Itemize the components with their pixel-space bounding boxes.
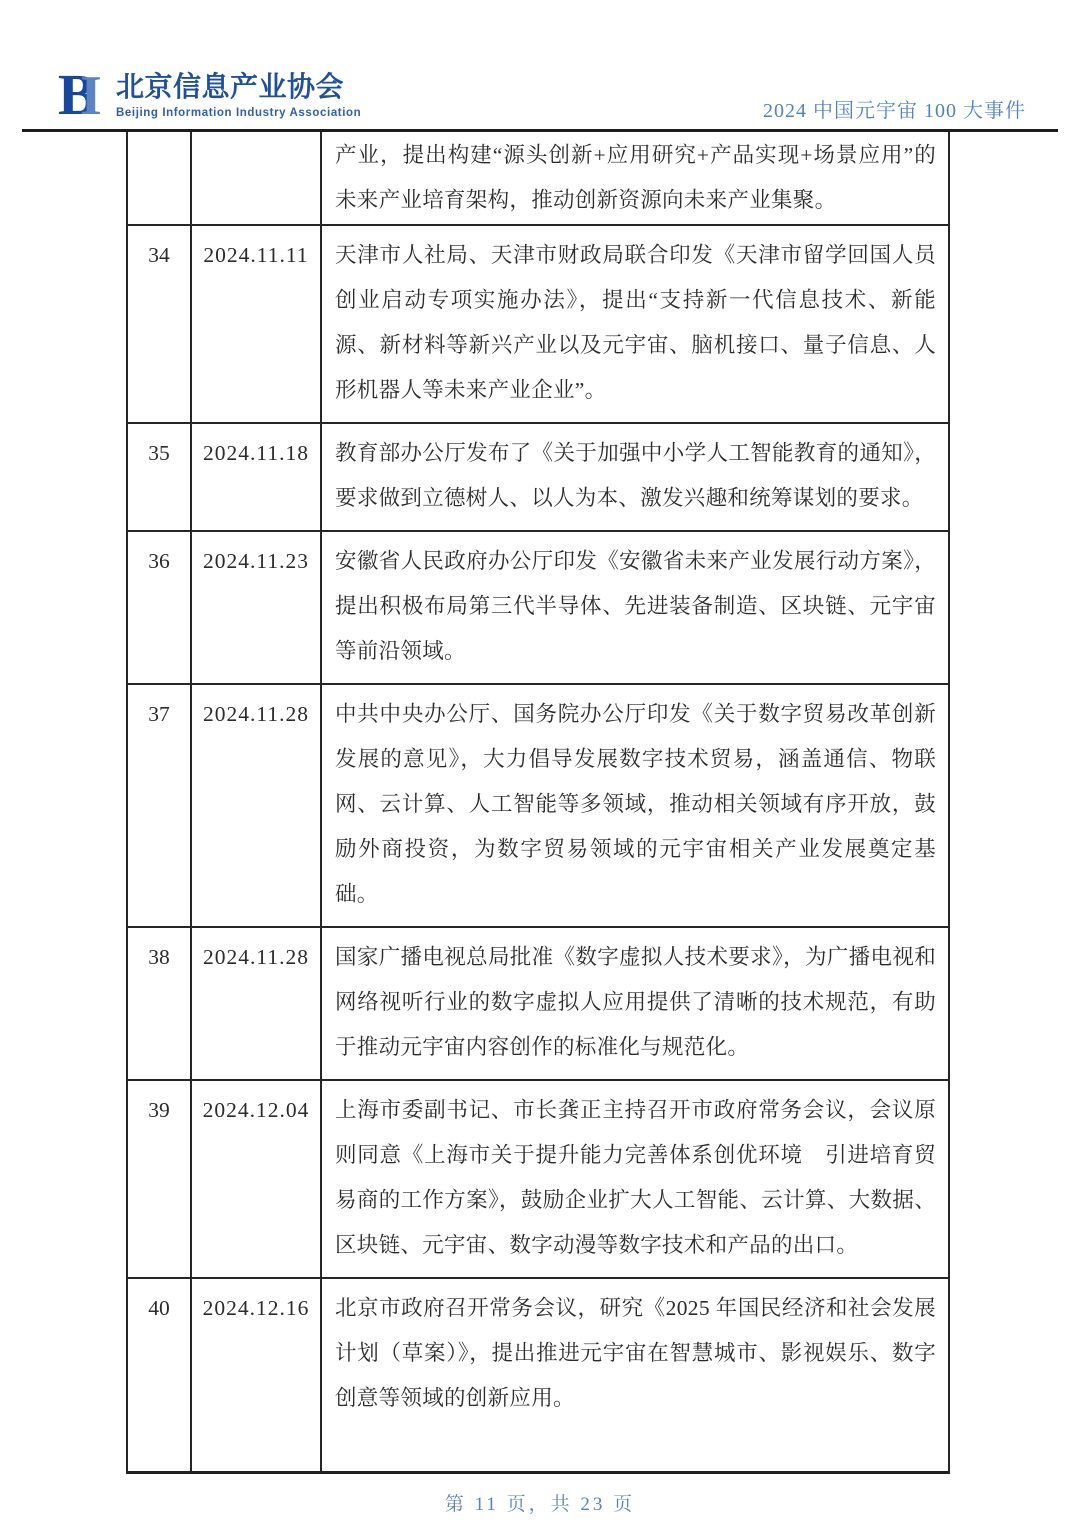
event-date: 2024.11.28 [192,685,322,926]
table-row: 34 2024.11.11 天津市人社局、天津市财政局联合印发《天津市留学回国人… [128,226,948,424]
table-row: 37 2024.11.28 中共中央办公厅、国务院办公厅印发《关于数字贸易改革创… [128,685,948,928]
event-date: 2024.11.28 [192,928,322,1079]
org-name-zh: 北京信息产业协会 [116,70,361,104]
event-number-cell [128,132,192,224]
events-table: 产业，提出构建“源头创新+应用研究+产品实现+场景应用”的未来产业培育架构，推动… [126,132,950,1474]
event-number: 40 [128,1279,192,1471]
org-names: 北京信息产业协会 Beijing Information Industry As… [116,66,361,119]
event-description: 教育部办公厅发布了《关于加强中小学人工智能教育的通知》，要求做到立德树人、以人为… [322,424,948,530]
logo-letter-i: I [80,68,102,124]
event-date: 2024.12.04 [192,1081,322,1277]
document-page: B I 北京信息产业协会 Beijing Information Industr… [0,0,1080,1527]
table-row: 39 2024.12.04 上海市委副书记、市长龚正主持召开市政府常务会议，会议… [128,1081,948,1279]
page-indicator: 第 11 页，共 23 页 [445,1494,635,1515]
event-description: 天津市人社局、天津市财政局联合印发《天津市留学回国人员创业启动专项实施办法》，提… [322,226,948,422]
table-row: 35 2024.11.18 教育部办公厅发布了《关于加强中小学人工智能教育的通知… [128,424,948,532]
event-number: 34 [128,226,192,422]
org-name-en: Beijing Information Industry Association [116,107,361,119]
event-date: 2024.11.23 [192,532,322,683]
page-header: B I 北京信息产业协会 Beijing Information Industr… [0,0,1080,129]
event-description: 北京市政府召开常务会议，研究《2025 年国民经济和社会发展计划（草案）》，提出… [322,1279,948,1471]
org-branding: B I 北京信息产业协会 Beijing Information Industr… [58,66,361,128]
event-number: 36 [128,532,192,683]
table-row: 38 2024.11.28 国家广播电视总局批准《数字虚拟人技术要求》，为广播电… [128,928,948,1081]
event-date: 2024.11.11 [192,226,322,422]
table-row-continuation: 产业，提出构建“源头创新+应用研究+产品实现+场景应用”的未来产业培育架构，推动… [128,132,948,226]
event-description: 产业，提出构建“源头创新+应用研究+产品实现+场景应用”的未来产业培育架构，推动… [322,132,948,224]
event-number: 38 [128,928,192,1079]
page-footer: 第 11 页，共 23 页 [0,1489,1080,1516]
event-number: 39 [128,1081,192,1277]
table-row: 40 2024.12.16 北京市政府召开常务会议，研究《2025 年国民经济和… [128,1279,948,1474]
event-description: 中共中央办公厅、国务院办公厅印发《关于数字贸易改革创新发展的意见》，大力倡导发展… [322,685,948,926]
document-title: 2024 中国元宇宙 100 大事件 [763,94,1026,123]
event-description: 上海市委副书记、市长龚正主持召开市政府常务会议，会议原则同意《上海市关于提升能力… [322,1081,948,1277]
event-number: 35 [128,424,192,530]
event-number: 37 [128,685,192,926]
event-description: 国家广播电视总局批准《数字虚拟人技术要求》，为广播电视和网络视听行业的数字虚拟人… [322,928,948,1079]
event-date: 2024.12.16 [192,1279,322,1471]
event-date-cell [192,132,322,224]
event-description: 安徽省人民政府办公厅印发《安徽省未来产业发展行动方案》，提出积极布局第三代半导体… [322,532,948,683]
event-date: 2024.11.18 [192,424,322,530]
association-logo-icon: B I [58,66,108,128]
table-row: 36 2024.11.23 安徽省人民政府办公厅印发《安徽省未来产业发展行动方案… [128,532,948,685]
